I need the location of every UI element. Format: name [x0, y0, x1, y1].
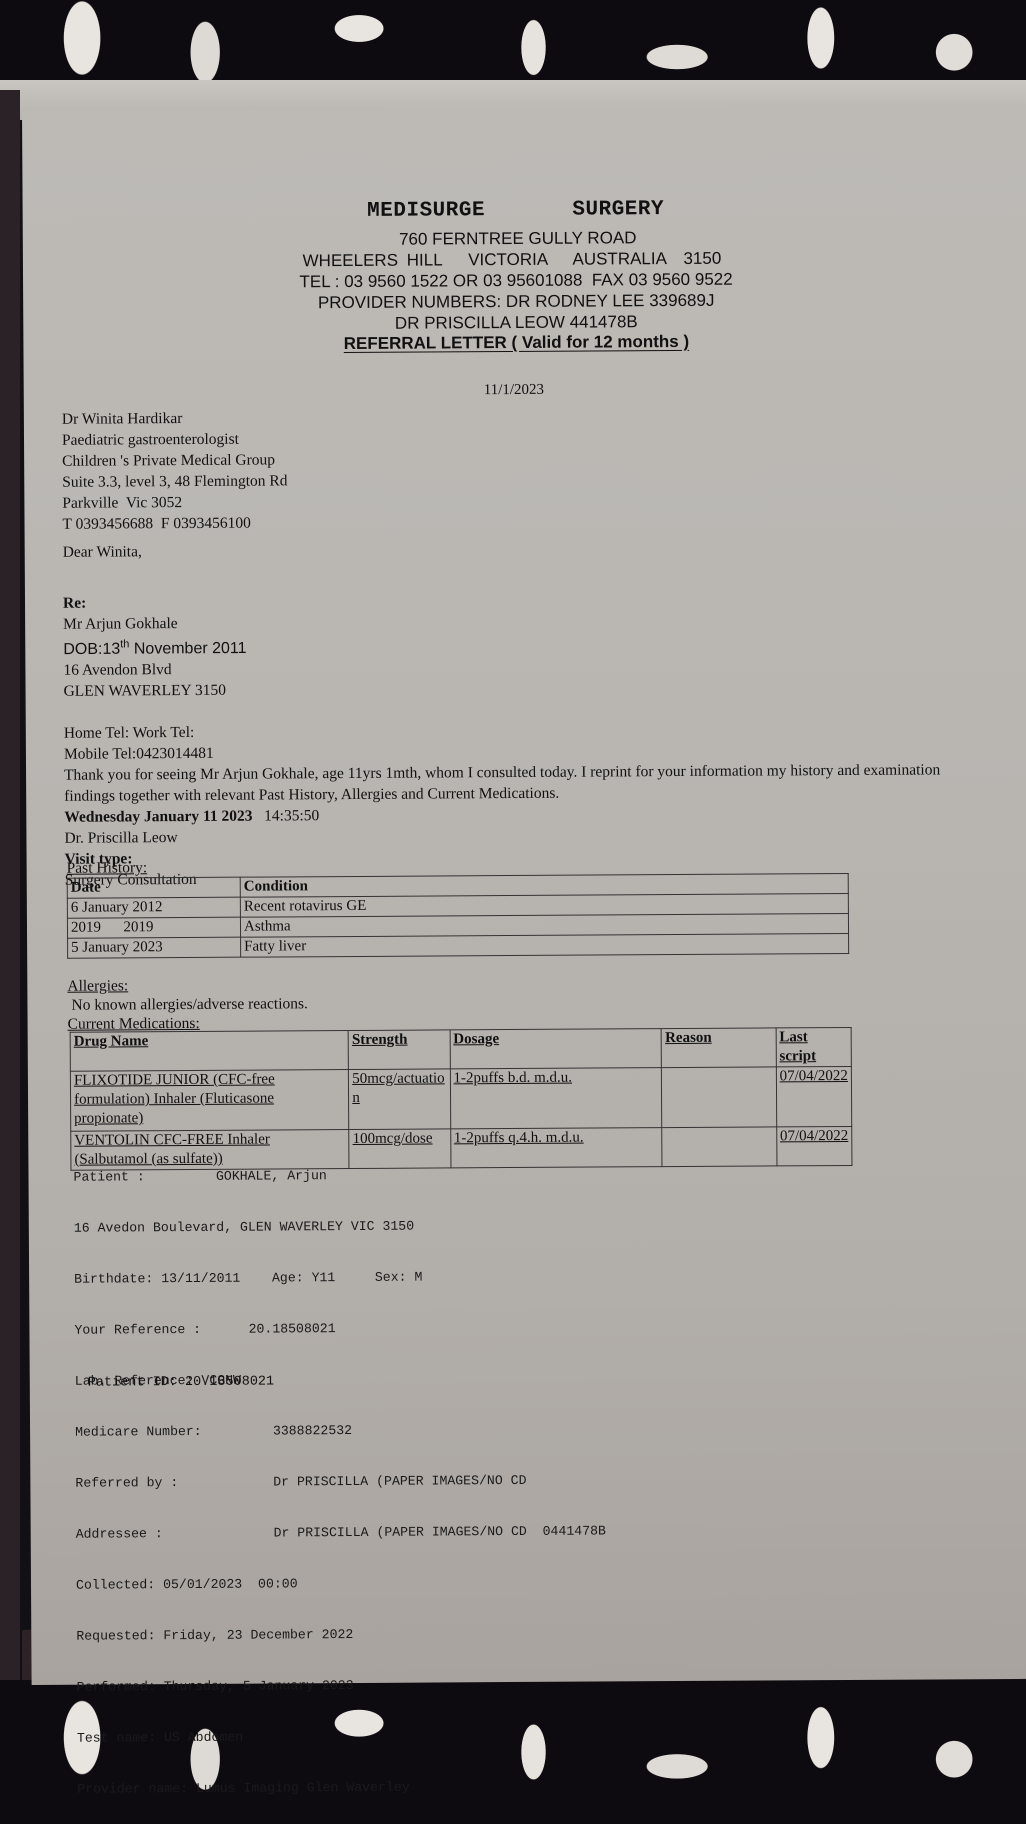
header-drug-name: Drug Name [70, 1031, 348, 1072]
intro-paragraph: Thank you for seeing Mr Arjun Gokhale, a… [64, 759, 984, 807]
re-label: Re: [63, 592, 246, 614]
history-date: 2019 2019 [67, 917, 240, 938]
drug-reason [662, 1067, 777, 1128]
header-date: Date [67, 877, 240, 898]
re-block: Re: Mr Arjun Gokhale DOB:13th November 2… [63, 592, 247, 702]
dob-suffix: th [120, 638, 129, 650]
drug-last-script: 07/04/2022 [776, 1066, 852, 1126]
patient-address-2: GLEN WAVERLEY 3150 [63, 680, 246, 702]
addressee-address-1: Suite 3.3, level 3, 48 Flemington Rd [62, 470, 287, 492]
lab-line-requested: Requested: Friday, 23 December 2022 [76, 1624, 606, 1644]
drug-dosage: 1-2puffs b.d. m.d.u. [450, 1068, 662, 1129]
addressee-title: Paediatric gastroenterologist [62, 428, 287, 450]
home-work-tel: Home Tel: Work Tel: [64, 722, 214, 744]
history-date: 6 January 2012 [67, 897, 240, 918]
addressee-address-2: Parkville Vic 3052 [62, 491, 287, 513]
addressee-contact: T 0393456688 F 0393456100 [62, 512, 287, 534]
past-history-table: Date Condition 6 January 2012 Recent rot… [67, 873, 849, 959]
allergies-text: No known allergies/adverse reactions. [71, 995, 308, 1014]
patient-dob: DOB:13th November 2011 [63, 634, 246, 660]
lab-line-your-reference: Your Reference : 20.18508021 [74, 1318, 604, 1338]
letter-body: Thank you for seeing Mr Arjun Gokhale, a… [64, 759, 985, 891]
drug-reason [662, 1127, 777, 1167]
lab-line-referred-by: Referred by : Dr PRISCILLA (PAPER IMAGES… [75, 1471, 605, 1491]
letter-date: 11/1/2023 [484, 382, 544, 399]
patient-name: Mr Arjun Gokhale [63, 613, 246, 635]
table-row: 5 January 2023 Fatty liver [68, 933, 849, 958]
drug-name: FLIXOTIDE JUNIOR (CFC-free formulation) … [70, 1070, 349, 1132]
lab-line-test-name: Test name: US Abdomen [77, 1726, 607, 1746]
patient-id: Patient ID: 20.18508021 [88, 1374, 274, 1390]
lab-line-performed: Performed: Thursday, 5 January 2023 [77, 1675, 607, 1695]
allergies-label: Allergies: [67, 977, 128, 995]
history-condition: Fatty liver [241, 933, 849, 957]
past-history-label: Past History: [67, 859, 148, 877]
mobile-tel: Mobile Tel:0423014481 [64, 743, 214, 765]
dob-rest: November 2011 [129, 640, 246, 658]
referral-letter-page: MEDISURGE SURGERY 760 FERNTREE GULLY ROA… [22, 104, 1026, 1685]
lab-line-medicare: Medicare Number: 3388822532 [75, 1420, 605, 1440]
header-reason: Reason [661, 1028, 776, 1068]
lab-line-birthdate: Birthdate: 13/11/2011 Age: Y11 Sex: M [74, 1267, 604, 1287]
history-date: 5 January 2023 [68, 937, 241, 958]
document-title-text: REFERRAL LETTER ( Valid for 12 months ) [344, 332, 690, 353]
lab-line-patient: Patient : GOKHALE, Arjun [73, 1165, 603, 1185]
header-last-script: Last script [776, 1027, 852, 1066]
consult-date: Wednesday January 11 2023 [64, 808, 252, 826]
salutation: Dear Winita, [63, 541, 142, 562]
header-strength: Strength [348, 1030, 450, 1070]
lab-line-address: 16 Avedon Boulevard, GLEN WAVERLEY VIC 3… [74, 1216, 604, 1236]
lab-report-details: Patient : GOKHALE, Arjun 16 Avedon Boule… [73, 1131, 607, 1824]
patient-address-1: 16 Avendon Blvd [63, 659, 246, 681]
table-row: FLIXOTIDE JUNIOR (CFC-free formulation) … [70, 1066, 851, 1131]
drug-last-script: 07/04/2022 [776, 1126, 852, 1165]
drug-strength: 50mcg/actuation [349, 1069, 451, 1130]
patient-contact: Home Tel: Work Tel: Mobile Tel:042301448… [64, 722, 214, 765]
practice-name: MEDISURGE SURGERY [11, 196, 1021, 225]
lab-line-addressee: Addressee : Dr PRISCILLA (PAPER IMAGES/N… [76, 1522, 606, 1542]
dob-prefix: DOB:13 [63, 641, 120, 658]
addressee-block: Dr Winita Hardikar Paediatric gastroente… [62, 407, 288, 534]
lab-line-provider: Provider name: Lumus Imaging Glen Waverl… [77, 1777, 607, 1797]
addressee-organisation: Children 's Private Medical Group [62, 449, 287, 471]
consult-time: 14:35:50 [264, 807, 319, 824]
header-dosage: Dosage [450, 1029, 662, 1069]
addressee-name: Dr Winita Hardikar [62, 407, 287, 429]
table-header-row: Drug Name Strength Dosage Reason Last sc… [70, 1027, 851, 1071]
lab-line-collected: Collected: 05/01/2023 00:00 [76, 1573, 606, 1593]
